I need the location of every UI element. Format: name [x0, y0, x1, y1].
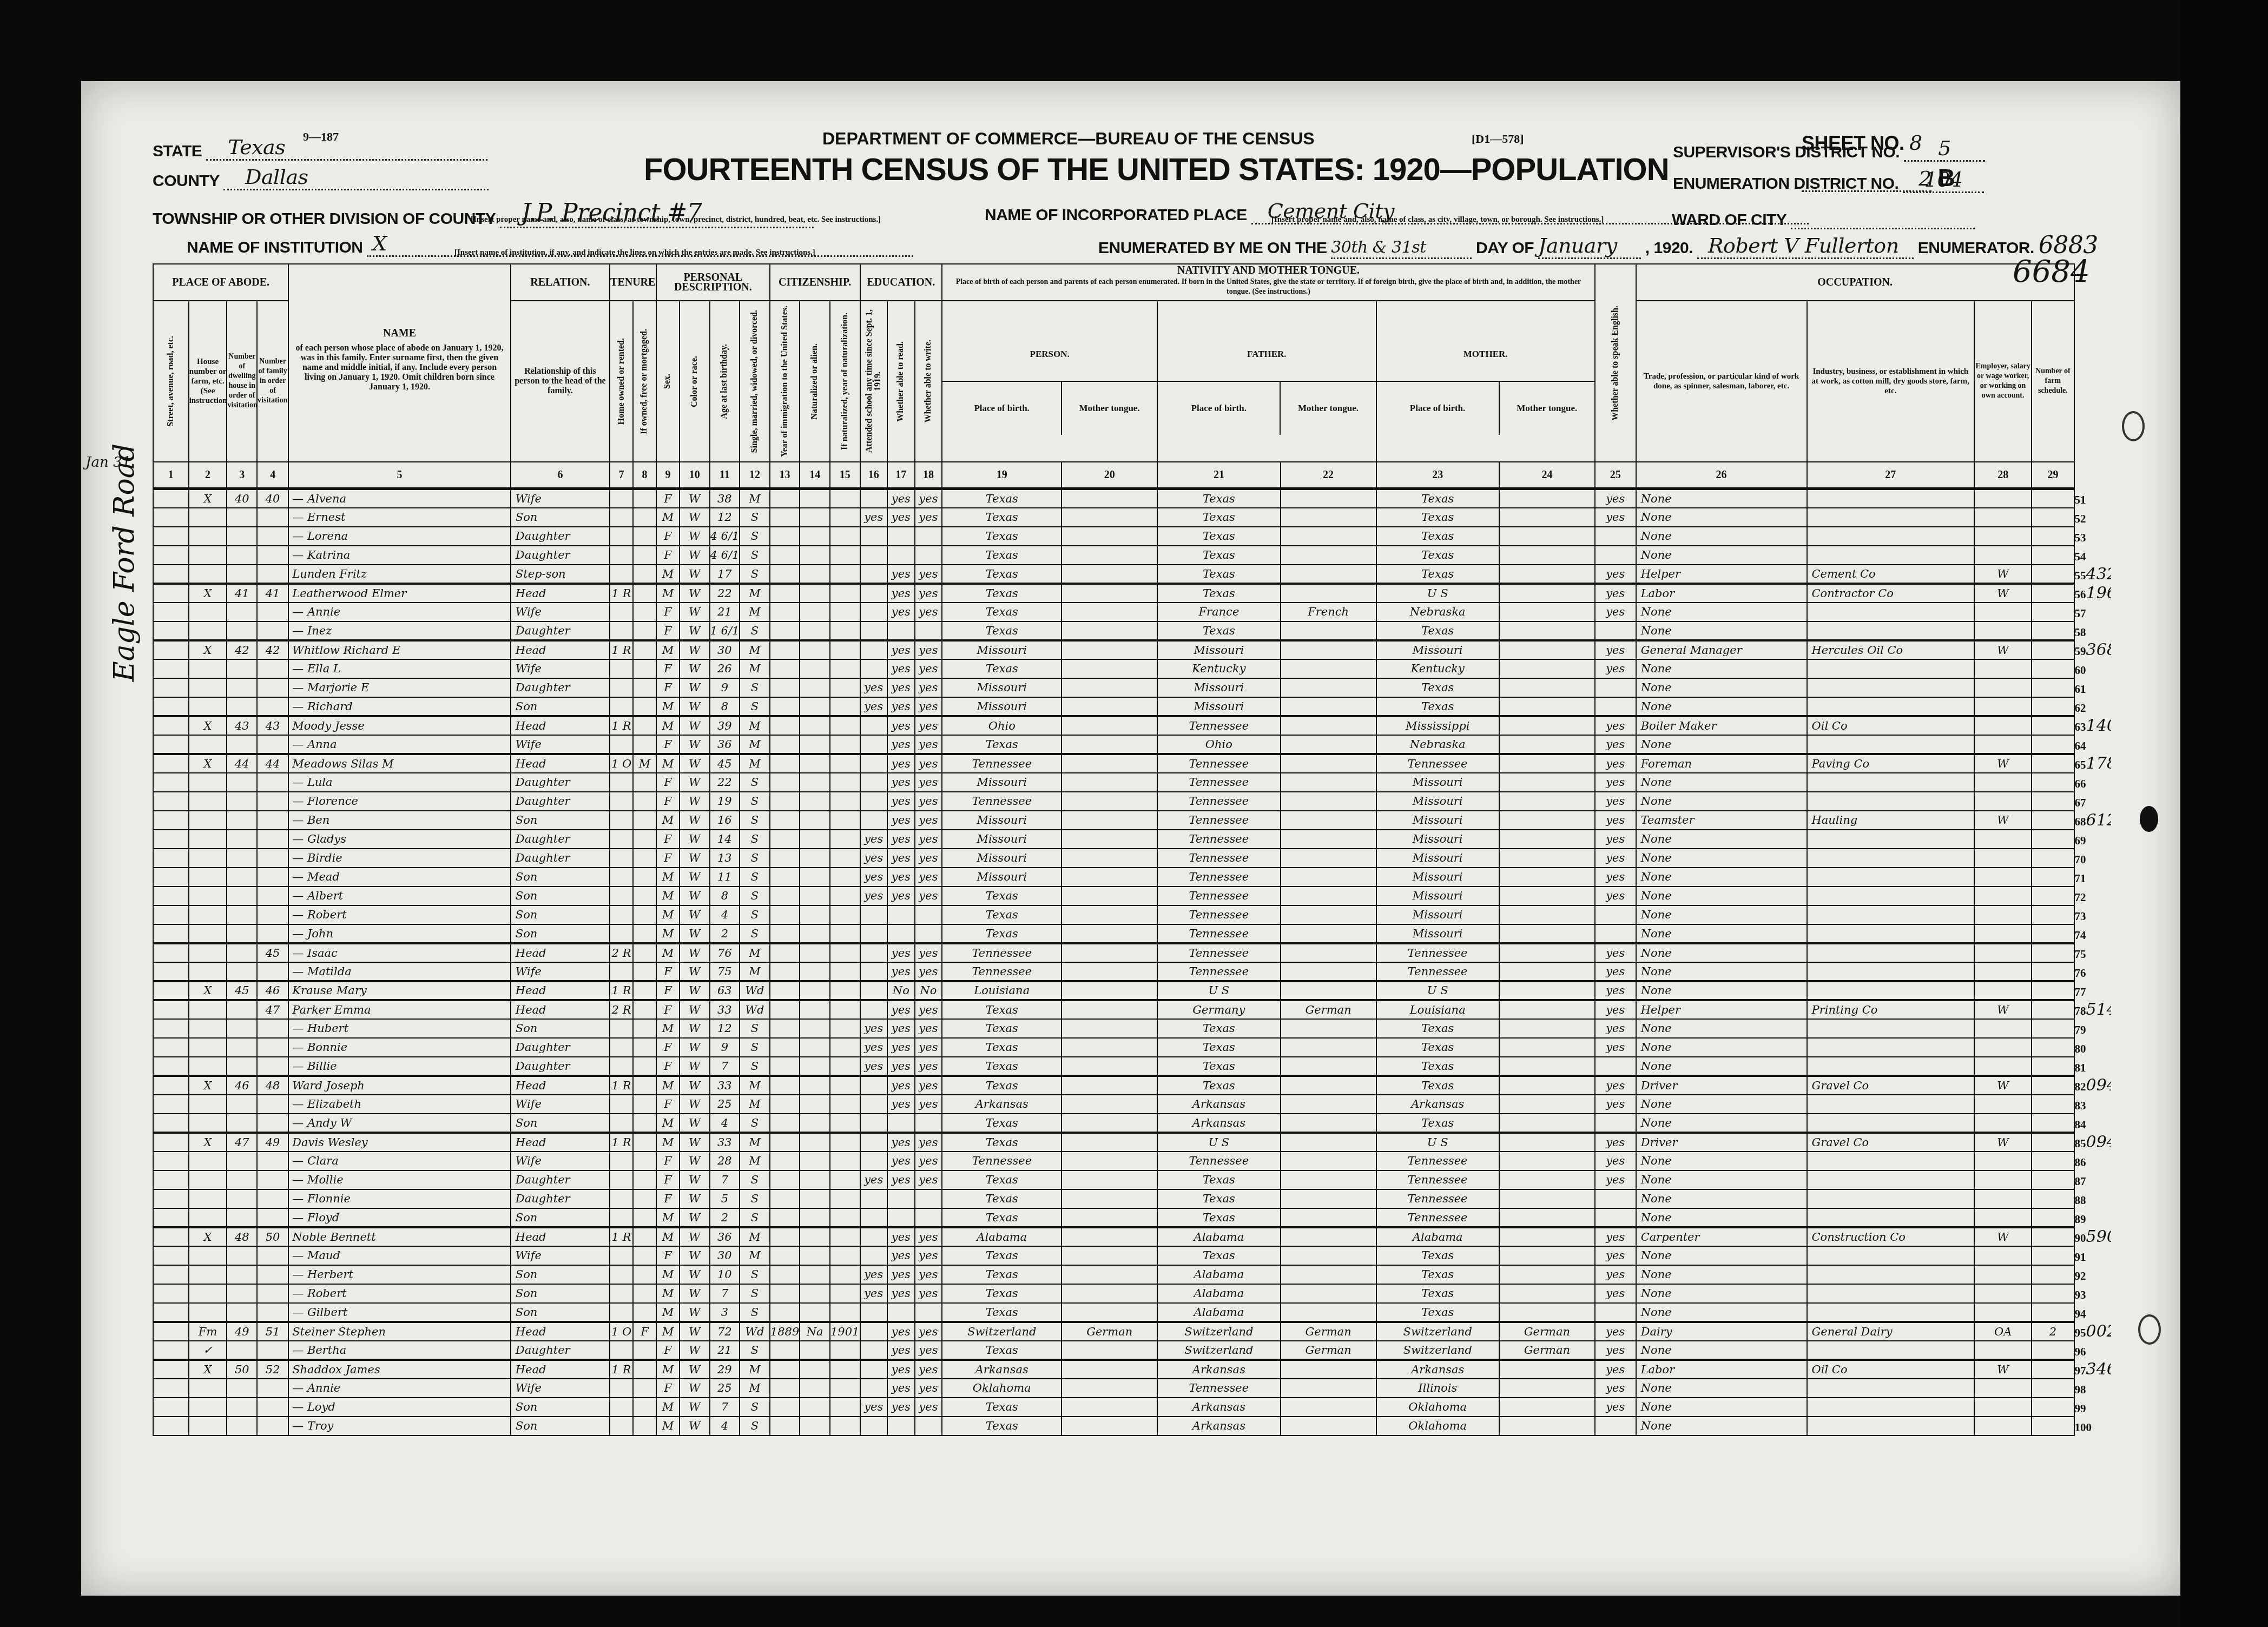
dwelling-number-cell: 41 — [227, 584, 257, 603]
occupation-cell: None — [1636, 1284, 1807, 1303]
school-cell — [860, 1379, 888, 1398]
table-row: — LorenaDaughterFW4 6/12STexasTexasTexas… — [153, 527, 2111, 546]
table-row: — InezDaughterFW1 6/12STexasTexasTexasNo… — [153, 621, 2111, 640]
sex-cell: F — [656, 621, 680, 640]
line-number: 84 — [2074, 1114, 2111, 1133]
read-cell — [887, 1208, 915, 1227]
worker-class-cell — [1974, 1095, 2032, 1114]
mother-mother-tongue-cell — [1499, 1360, 1595, 1379]
sex-cell: M — [656, 1303, 680, 1322]
street-cell — [153, 943, 189, 962]
relation-cell: Daughter — [511, 1038, 610, 1057]
marital-status-cell: S — [740, 527, 770, 546]
naturalization-year-cell — [830, 1265, 860, 1284]
line-number: 69 — [2074, 830, 2111, 849]
occupation-cell: None — [1636, 603, 1807, 621]
father-tongue-cell — [1281, 773, 1376, 792]
person-name-cell: — Clara — [288, 1152, 511, 1170]
race-cell: W — [680, 1341, 710, 1360]
industry-cell — [1807, 678, 1975, 697]
person-name-cell: — Anna — [288, 735, 511, 754]
father-tongue-cell — [1281, 887, 1376, 905]
farm-schedule-cell — [2032, 1170, 2074, 1189]
house-number-cell — [189, 943, 227, 962]
father-tongue-cell — [1281, 1076, 1376, 1095]
read-cell: yes — [887, 962, 915, 981]
col-num: 29 — [2032, 462, 2074, 489]
tenure-cell: 1 R — [610, 1133, 633, 1152]
birthplace-cell: Missouri — [942, 868, 1062, 887]
enumerated-days: 30th & 31st — [1331, 238, 1472, 259]
family-number-cell — [257, 924, 288, 943]
birthplace-cell: Ohio — [942, 716, 1062, 735]
col-num: 4 — [257, 462, 288, 489]
table-row: — BillieDaughterFW7SyesyesyesTexasTexasT… — [153, 1057, 2111, 1076]
mother-birthplace-cell: Texas — [1376, 527, 1499, 546]
naturalization-cell — [800, 1398, 830, 1417]
person-name-cell: — Gilbert — [288, 1303, 511, 1322]
line-number-label: 85 — [2075, 1137, 2086, 1150]
enumerated-year: , 1920. — [1645, 239, 1693, 257]
occupation-cell: None — [1636, 981, 1807, 1000]
father-birthplace-cell: Texas — [1157, 546, 1280, 565]
occupation-cell: Helper — [1636, 1000, 1807, 1019]
father-birthplace-cell: Kentucky — [1157, 659, 1280, 678]
relation-cell: Son — [511, 924, 610, 943]
relation-cell: Son — [511, 1208, 610, 1227]
farm-schedule-cell — [2032, 754, 2074, 773]
immigration-year-cell — [770, 640, 800, 659]
father-birthplace-cell: Texas — [1157, 527, 1280, 546]
handwritten-code: 094 — [2086, 1133, 2111, 1152]
occupation-cell: None — [1636, 1417, 1807, 1436]
occupation-cell: None — [1636, 830, 1807, 849]
relation-cell: Son — [511, 905, 610, 924]
person-name-cell: — Gladys — [288, 830, 511, 849]
read-cell: yes — [887, 1227, 915, 1246]
group-citizenship: CITIZENSHIP. — [770, 264, 860, 301]
col-num: 23 — [1376, 462, 1499, 489]
person-name-cell: — Hubert — [288, 1019, 511, 1038]
mother-tongue-cell — [1062, 697, 1157, 716]
mother-birthplace-cell: Texas — [1376, 546, 1499, 565]
house-number-cell: X — [189, 584, 227, 603]
race-cell: W — [680, 1246, 710, 1265]
farm-schedule-cell — [2032, 1076, 2074, 1095]
marital-status-cell: S — [740, 1303, 770, 1322]
mother-mother-tongue-cell — [1499, 735, 1595, 754]
worker-class-cell — [1974, 773, 2032, 792]
table-row: Lunden FritzStep-sonMW17SyesyesTexasTexa… — [153, 565, 2111, 584]
line-number: 68612 — [2074, 811, 2111, 830]
farm-schedule-cell — [2032, 1303, 2074, 1322]
immigration-year-cell — [770, 811, 800, 830]
mother-tongue-cell — [1062, 981, 1157, 1000]
naturalization-cell — [800, 962, 830, 981]
immigration-year-cell — [770, 621, 800, 640]
mortgage-cell — [633, 943, 656, 962]
occupation-cell: None — [1636, 697, 1807, 716]
line-number: 94 — [2074, 1303, 2111, 1322]
speaks-english-cell — [1595, 1417, 1636, 1436]
naturalization-year-cell — [830, 1284, 860, 1303]
relation-cell: Wife — [511, 1246, 610, 1265]
street-cell — [153, 1265, 189, 1284]
line-number: 51 — [2074, 489, 2111, 508]
street-cell — [153, 1095, 189, 1114]
school-cell: yes — [860, 1038, 888, 1057]
house-number-cell — [189, 773, 227, 792]
line-number-label: 78 — [2075, 1004, 2086, 1017]
col-18-header: Whether able to write. — [915, 301, 942, 462]
person-label: PERSON. — [942, 328, 1157, 382]
farm-schedule-cell — [2032, 1000, 2074, 1019]
mother-tongue-cell — [1062, 508, 1157, 527]
handwritten-code: 094 — [2086, 1076, 2111, 1095]
person-header: PERSON. Place of birth.Mother tongue. — [942, 301, 1157, 462]
father-birthplace-cell: Tennessee — [1157, 792, 1280, 811]
line-number: 83 — [2074, 1095, 2111, 1114]
line-number: 59368 — [2074, 640, 2111, 659]
mother-tongue-cell — [1062, 716, 1157, 735]
naturalization-cell — [800, 565, 830, 584]
sex-cell: M — [656, 905, 680, 924]
mortgage-cell — [633, 1341, 656, 1360]
occupation-cell: None — [1636, 621, 1807, 640]
dwelling-number-cell: 46 — [227, 1076, 257, 1095]
speaks-english-cell: yes — [1595, 1227, 1636, 1246]
house-number-cell — [189, 1379, 227, 1398]
worker-class-cell — [1974, 489, 2032, 508]
farm-schedule-cell — [2032, 1398, 2074, 1417]
dwelling-number-cell — [227, 1265, 257, 1284]
relation-cell: Son — [511, 1417, 610, 1436]
relation-cell: Head — [511, 1360, 610, 1379]
mortgage-cell — [633, 527, 656, 546]
school-cell — [860, 1114, 888, 1133]
line-number: 97346 — [2074, 1360, 2111, 1379]
col-14-label: Naturalized or alien. — [810, 343, 819, 420]
table-row: X4242Whitlow Richard EHead1 RMW30Myesyes… — [153, 640, 2111, 659]
father-birthplace-cell: Texas — [1157, 565, 1280, 584]
marital-status-cell: S — [740, 508, 770, 527]
naturalization-year-cell — [830, 659, 860, 678]
read-cell — [887, 924, 915, 943]
worker-class-cell — [1974, 1019, 2032, 1038]
mother-mother-tongue-cell — [1499, 754, 1595, 773]
naturalization-year-cell — [830, 640, 860, 659]
farm-schedule-cell: 2 — [2032, 1322, 2074, 1341]
person-name-cell: — Loyd — [288, 1398, 511, 1417]
marital-status-cell: S — [740, 565, 770, 584]
mother-mother-tongue-cell — [1499, 962, 1595, 981]
relation-cell: Head — [511, 1133, 610, 1152]
tenure-cell — [610, 678, 633, 697]
speaks-english-cell: yes — [1595, 1000, 1636, 1019]
mortgage-cell — [633, 1189, 656, 1208]
mother-birthplace-cell: Mississippi — [1376, 716, 1499, 735]
immigration-year-cell — [770, 1246, 800, 1265]
dwelling-number-cell — [227, 1057, 257, 1076]
col-16-label: Attended school any time since Sept. 1, … — [865, 301, 882, 461]
age-cell: 7 — [710, 1284, 740, 1303]
read-cell: yes — [887, 584, 915, 603]
worker-class-cell — [1974, 527, 2032, 546]
occupation-cell: None — [1636, 489, 1807, 508]
race-cell: W — [680, 1152, 710, 1170]
worker-class-cell: W — [1974, 1000, 2032, 1019]
industry-cell — [1807, 1303, 1975, 1322]
father-birthplace-cell: Tennessee — [1157, 924, 1280, 943]
line-number-label: 91 — [2075, 1251, 2086, 1264]
binder-hole — [2138, 1314, 2161, 1345]
dwelling-number-cell — [227, 697, 257, 716]
birthplace-cell: Texas — [942, 508, 1062, 527]
write-cell: yes — [915, 1133, 942, 1152]
age-cell: 22 — [710, 584, 740, 603]
ward-value — [1791, 208, 1975, 229]
father-tongue-cell — [1281, 1057, 1376, 1076]
mortgage-cell — [633, 1208, 656, 1227]
street-cell — [153, 640, 189, 659]
age-cell: 38 — [710, 489, 740, 508]
street-cell — [153, 565, 189, 584]
marital-status-cell: S — [740, 924, 770, 943]
person-name-cell: — Isaac — [288, 943, 511, 962]
relation-cell: Wife — [511, 1152, 610, 1170]
race-cell: W — [680, 773, 710, 792]
mother-tongue-cell — [1062, 1170, 1157, 1189]
occupation-cell: None — [1636, 1019, 1807, 1038]
street-cell — [153, 1189, 189, 1208]
mother-birthplace-cell: Tennessee — [1376, 1189, 1499, 1208]
industry-cell — [1807, 527, 1975, 546]
mother-mother-tongue-cell — [1499, 697, 1595, 716]
house-number-cell — [189, 887, 227, 905]
race-cell: W — [680, 735, 710, 754]
mother-birthplace-cell: Tennessee — [1376, 1152, 1499, 1170]
sex-cell: F — [656, 489, 680, 508]
naturalization-year-cell — [830, 489, 860, 508]
occupation-cell: None — [1636, 1170, 1807, 1189]
read-cell: yes — [887, 508, 915, 527]
sex-cell: F — [656, 1057, 680, 1076]
col-9-header: Sex. — [656, 301, 680, 462]
line-number: 57 — [2074, 603, 2111, 621]
immigration-year-cell — [770, 1170, 800, 1189]
write-cell — [915, 1114, 942, 1133]
family-number-cell — [257, 565, 288, 584]
col-num: 12 — [740, 462, 770, 489]
father-tongue-cell: German — [1281, 1000, 1376, 1019]
naturalization-cell — [800, 716, 830, 735]
industry-cell — [1807, 1189, 1975, 1208]
mother-mother-tongue-cell — [1499, 830, 1595, 849]
page-title: FOURTEENTH CENSUS OF THE UNITED STATES: … — [644, 151, 1669, 188]
line-number-label: 57 — [2075, 607, 2086, 620]
naturalization-cell — [800, 887, 830, 905]
table-row: — BenSonMW16SyesyesMissouriTennesseeMiss… — [153, 811, 2111, 830]
write-cell: yes — [915, 735, 942, 754]
write-cell — [915, 1303, 942, 1322]
table-row: — LulaDaughterFW22SyesyesMissouriTenness… — [153, 773, 2111, 792]
worker-class-cell — [1974, 849, 2032, 868]
industry-cell: Paving Co — [1807, 754, 1975, 773]
worker-class-cell — [1974, 1152, 2032, 1170]
house-number-cell — [189, 1208, 227, 1227]
occupation-cell: None — [1636, 659, 1807, 678]
father-tongue-cell — [1281, 962, 1376, 981]
handwritten-code: 612 — [2086, 811, 2111, 830]
speaks-english-cell: yes — [1595, 640, 1636, 659]
write-cell: yes — [915, 1095, 942, 1114]
col-num: 25 — [1595, 462, 1636, 489]
age-cell: 25 — [710, 1095, 740, 1114]
house-number-cell — [189, 924, 227, 943]
relation-cell: Wife — [511, 603, 610, 621]
father-tongue-cell — [1281, 830, 1376, 849]
worker-class-cell — [1974, 962, 2032, 981]
race-cell: W — [680, 1038, 710, 1057]
naturalization-year-cell — [830, 792, 860, 811]
father-tongue-cell — [1281, 981, 1376, 1000]
house-number-cell — [189, 1057, 227, 1076]
industry-cell — [1807, 1398, 1975, 1417]
house-number-cell — [189, 1303, 227, 1322]
age-cell: 11 — [710, 868, 740, 887]
line-number: 58 — [2074, 621, 2111, 640]
school-cell — [860, 640, 888, 659]
school-cell — [860, 773, 888, 792]
day-of-label: DAY OF — [1476, 239, 1534, 257]
line-number-label: 69 — [2075, 834, 2086, 847]
table-row: — ElizabethWifeFW25MyesyesArkansasArkans… — [153, 1095, 2111, 1114]
line-number: 78514 — [2074, 1000, 2111, 1019]
group-nativity: NATIVITY AND MOTHER TONGUE. Place of bir… — [942, 264, 1595, 301]
mother-mother-tongue-cell — [1499, 849, 1595, 868]
table-row: — RobertSonMW7SyesyesyesTexasAlabamaTexa… — [153, 1284, 2111, 1303]
race-cell: W — [680, 489, 710, 508]
mortgage-cell — [633, 962, 656, 981]
sex-cell: M — [656, 1265, 680, 1284]
sex-cell: M — [656, 811, 680, 830]
line-number: 54 — [2074, 546, 2111, 565]
write-cell: yes — [915, 811, 942, 830]
line-number-label: 59 — [2075, 645, 2086, 658]
father-birthplace-cell: Germany — [1157, 1000, 1280, 1019]
industry-cell: Gravel Co — [1807, 1133, 1975, 1152]
line-number: 75 — [2074, 943, 2111, 962]
person-name-cell: Meadows Silas M — [288, 754, 511, 773]
speaks-english-cell: yes — [1595, 1019, 1636, 1038]
age-cell: 1 6/12 — [710, 621, 740, 640]
father-tongue-cell: German — [1281, 1341, 1376, 1360]
naturalization-cell — [800, 1000, 830, 1019]
write-cell: yes — [915, 1398, 942, 1417]
col-num: 21 — [1157, 462, 1280, 489]
tenure-cell — [610, 1170, 633, 1189]
relation-cell: Daughter — [511, 1057, 610, 1076]
read-cell: yes — [887, 1170, 915, 1189]
farm-schedule-cell — [2032, 868, 2074, 887]
marital-status-cell: M — [740, 1152, 770, 1170]
write-cell: yes — [915, 1000, 942, 1019]
farm-schedule-cell — [2032, 1189, 2074, 1208]
line-number-label: 87 — [2075, 1175, 2086, 1188]
mother-birthplace-cell: Texas — [1376, 621, 1499, 640]
occupation-cell: Helper — [1636, 565, 1807, 584]
mother-tongue-cell — [1062, 640, 1157, 659]
sex-cell: F — [656, 678, 680, 697]
school-cell — [860, 981, 888, 1000]
race-cell: W — [680, 1360, 710, 1379]
father-tongue-cell — [1281, 754, 1376, 773]
worker-class-cell — [1974, 1341, 2032, 1360]
house-number-cell: X — [189, 981, 227, 1000]
birthplace-cell: Missouri — [942, 678, 1062, 697]
industry-cell: Printing Co — [1807, 1000, 1975, 1019]
census-rows: X4040— AlvenaWifeFW38MyesyesTexasTexasTe… — [153, 489, 2111, 1436]
mother-birthplace-cell: Arkansas — [1376, 1360, 1499, 1379]
worker-class-cell: W — [1974, 584, 2032, 603]
occupation-cell: None — [1636, 678, 1807, 697]
naturalization-year-cell — [830, 1152, 860, 1170]
family-number-cell: 41 — [257, 584, 288, 603]
mother-tongue-cell — [1062, 1189, 1157, 1208]
birthplace-cell: Texas — [942, 1246, 1062, 1265]
naturalization-cell — [800, 527, 830, 546]
naturalization-cell — [800, 735, 830, 754]
line-number-label: 92 — [2075, 1269, 2086, 1282]
person-name-cell: — Flonnie — [288, 1189, 511, 1208]
house-number-cell: X — [189, 1133, 227, 1152]
mother-tongue-cell — [1062, 1019, 1157, 1038]
race-cell: W — [680, 565, 710, 584]
sex-cell: M — [656, 924, 680, 943]
enumerated-label: ENUMERATED BY ME ON THE — [1098, 239, 1327, 257]
age-cell: 8 — [710, 887, 740, 905]
father-label: FATHER. — [1158, 328, 1375, 382]
occupation-cell: None — [1636, 1189, 1807, 1208]
speaks-english-cell — [1595, 621, 1636, 640]
col-18-label: Whether able to write. — [924, 340, 933, 422]
birthplace-cell: Texas — [942, 1208, 1062, 1227]
line-number: 98 — [2074, 1379, 2111, 1398]
race-cell: W — [680, 1379, 710, 1398]
age-cell: 33 — [710, 1076, 740, 1095]
marital-status-cell: S — [740, 830, 770, 849]
industry-cell — [1807, 1246, 1975, 1265]
marital-status-cell: S — [740, 1019, 770, 1038]
mother-mother-tongue-cell — [1499, 621, 1595, 640]
family-number-cell: 44 — [257, 754, 288, 773]
sex-cell: M — [656, 1398, 680, 1417]
mother-birthplace-cell: Switzerland — [1376, 1341, 1499, 1360]
worker-class-cell — [1974, 868, 2032, 887]
father-birthplace-cell: Missouri — [1157, 678, 1280, 697]
relation-cell: Son — [511, 811, 610, 830]
naturalization-year-cell — [830, 621, 860, 640]
age-cell: 9 — [710, 1038, 740, 1057]
industry-cell — [1807, 1417, 1975, 1436]
marital-status-cell: S — [740, 1038, 770, 1057]
father-birthplace-cell: Texas — [1157, 584, 1280, 603]
occupation-cell: None — [1636, 1303, 1807, 1322]
mother-tongue-cell — [1062, 1208, 1157, 1227]
father-birthplace-cell: Alabama — [1157, 1227, 1280, 1246]
age-cell: 13 — [710, 849, 740, 868]
age-cell: 12 — [710, 508, 740, 527]
